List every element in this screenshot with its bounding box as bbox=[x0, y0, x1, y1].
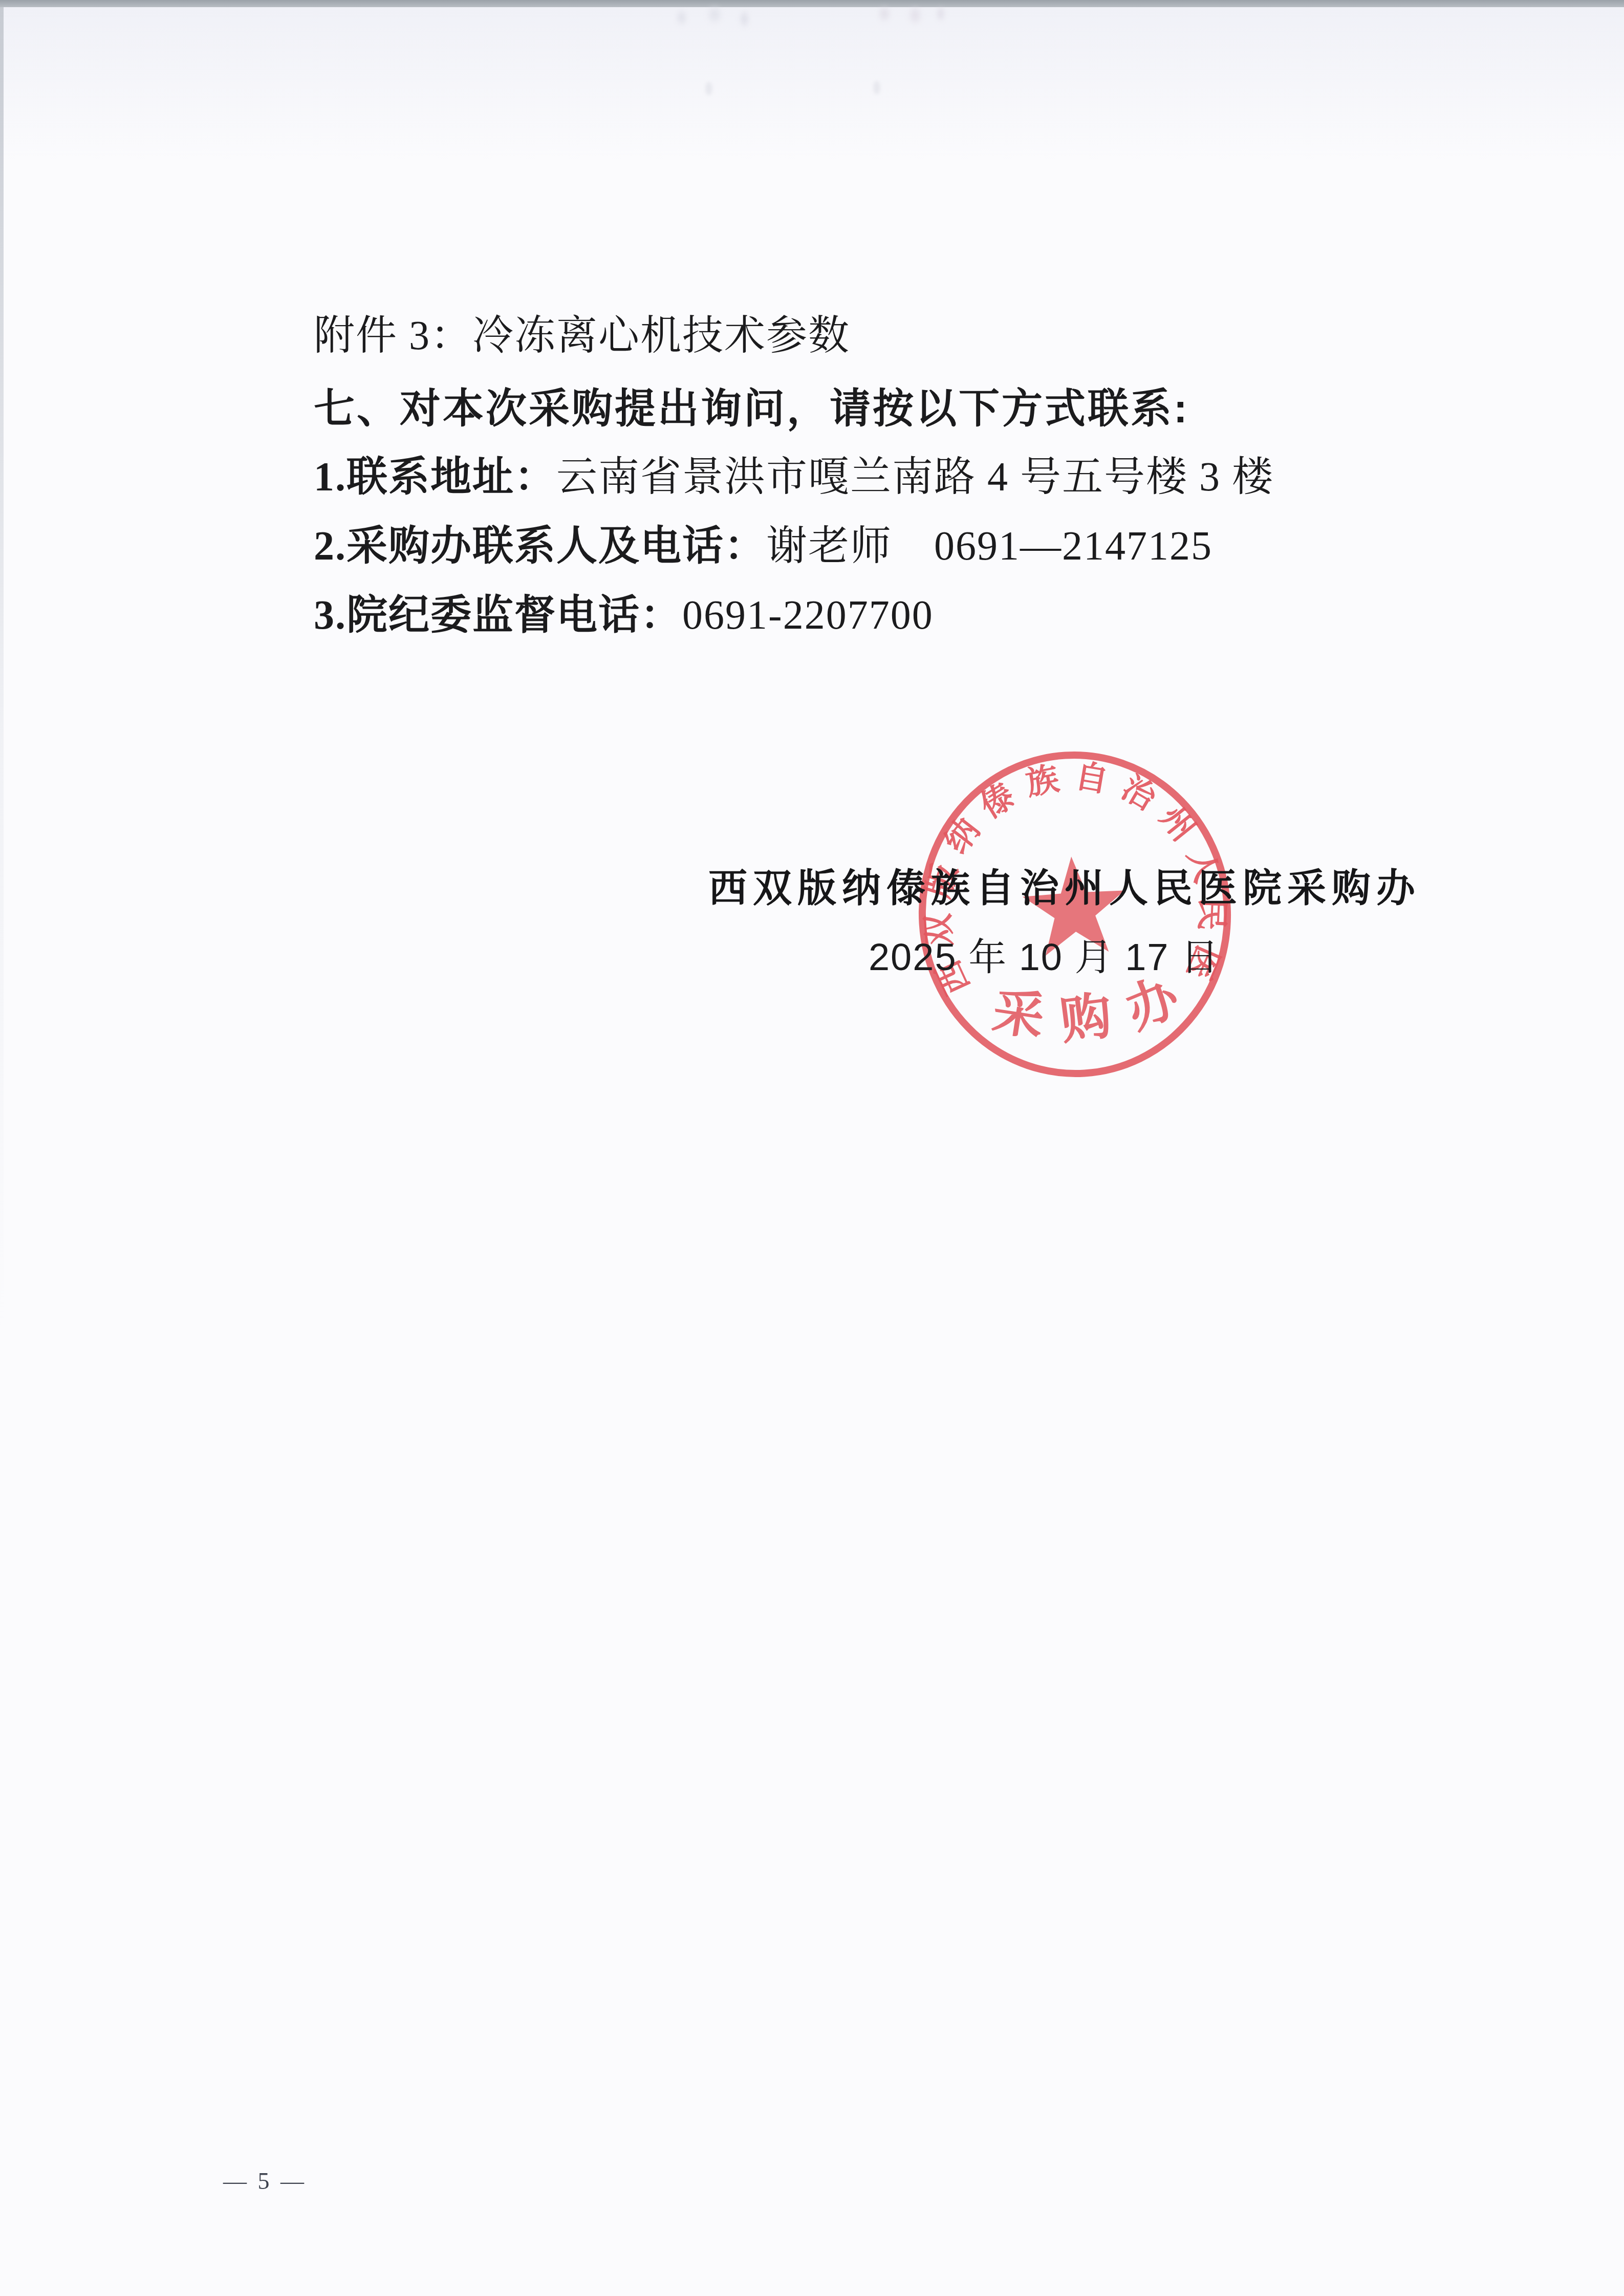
attachment-note-line: 附件 3：冷冻离心机技术参数 bbox=[314, 315, 850, 356]
contact-line-supervision-phone: 3.院纪委监督电话：0691-2207700 bbox=[314, 595, 934, 636]
scan-top-edge bbox=[0, 0, 1624, 7]
contact-label: 1.联系地址： bbox=[314, 455, 556, 500]
scan-speck bbox=[873, 81, 880, 94]
scan-left-edge bbox=[0, 7, 4, 1338]
section-heading: 七、对本次采购提出询问，请按以下方式联系: bbox=[314, 388, 1189, 429]
signature-organization: 西双版纳傣族自治州人民医院采购办 bbox=[706, 869, 1423, 908]
contact-line-address: 1.联系地址：云南省景洪市嘎兰南路 4 号五号楼 3 楼 bbox=[314, 457, 1274, 498]
contact-label: 3.院纪委监督电话： bbox=[314, 593, 682, 638]
page-number: — 5 — bbox=[223, 2168, 307, 2195]
scan-bleedthrough-mark bbox=[854, 3, 956, 31]
contact-value: 云南省景洪市嘎兰南路 4 号五号楼 3 楼 bbox=[556, 455, 1274, 500]
signature-date: 2025 年 10 月 17 日 bbox=[686, 938, 1402, 976]
contact-label: 2.采购办联系人及电话： bbox=[314, 524, 766, 569]
contact-value: 0691-2207700 bbox=[682, 593, 934, 638]
scan-bleedthrough-mark bbox=[654, 4, 764, 34]
scan-top-shade bbox=[0, 7, 1624, 161]
official-seal: 西双版纳傣族自治州人民医院 采购办 bbox=[905, 739, 1244, 1090]
document-page: 附件 3：冷冻离心机技术参数 七、对本次采购提出询问，请按以下方式联系: 1.联… bbox=[0, 0, 1624, 2296]
contact-line-phone: 2.采购办联系人及电话：谢老师 0691—2147125 bbox=[314, 526, 1212, 567]
contact-value: 谢老师 0691—2147125 bbox=[766, 524, 1212, 569]
scan-speck bbox=[705, 82, 712, 95]
